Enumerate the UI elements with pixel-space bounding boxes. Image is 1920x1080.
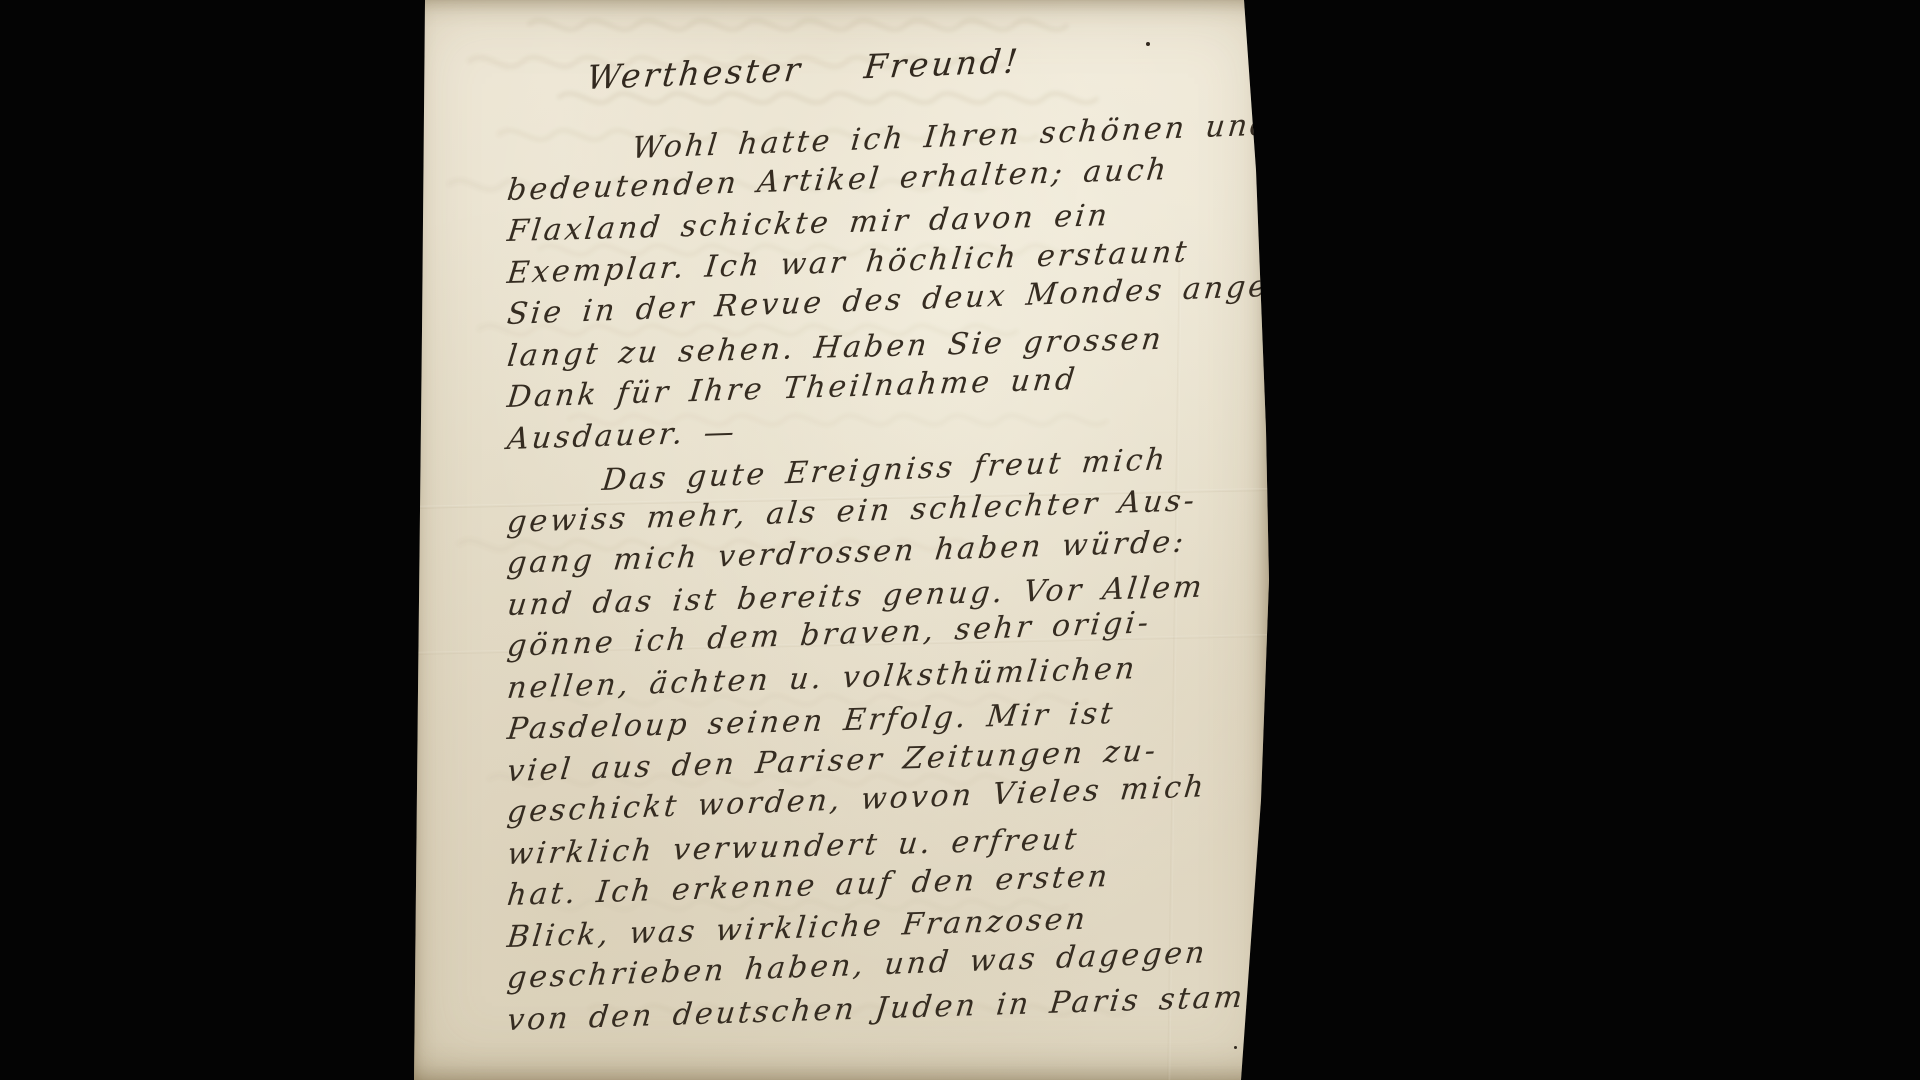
letter-body: Wohl hatte ich Ihren schönen und bedeute… xyxy=(505,128,1265,1041)
photo-background: Werthester Freund! Wohl hatte ich Ihren … xyxy=(0,0,1920,1080)
ink-speck xyxy=(1234,1046,1237,1049)
ink-speck xyxy=(1146,42,1150,46)
letter-page: Werthester Freund! Wohl hatte ich Ihren … xyxy=(408,0,1272,1080)
